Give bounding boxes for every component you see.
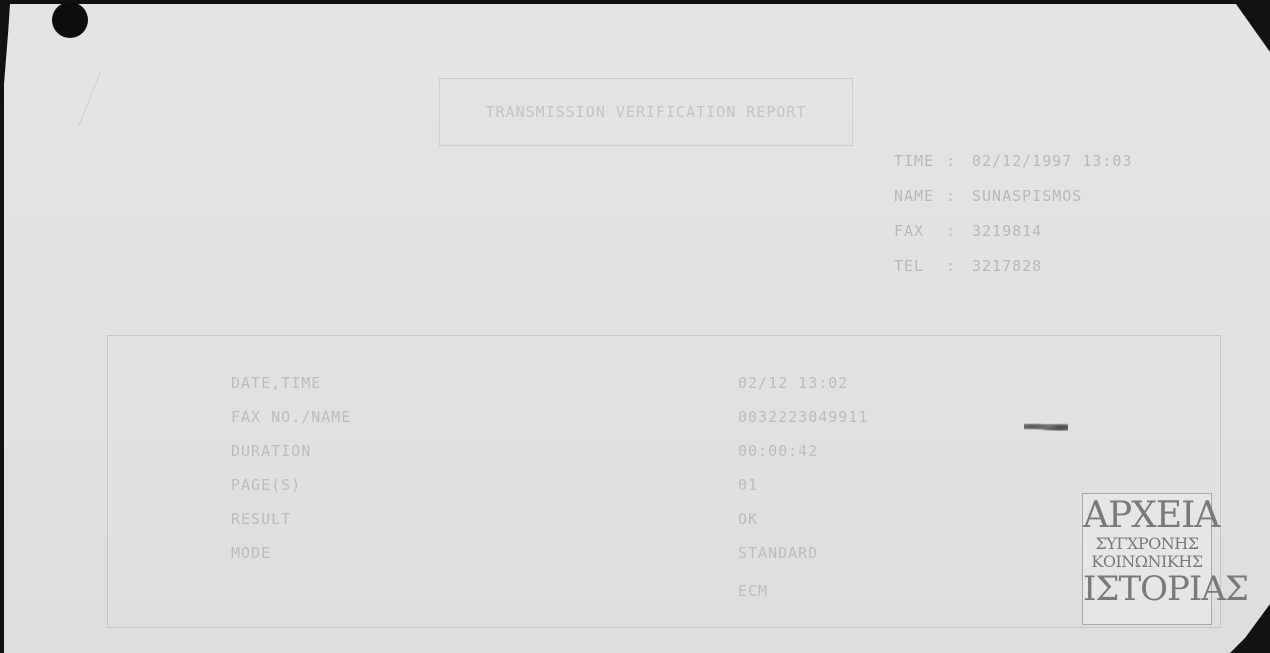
paper-crease [78, 71, 101, 127]
separator: : [946, 152, 972, 187]
fax-report-paper: TRANSMISSION VERIFICATION REPORT TIME : … [4, 4, 1270, 653]
sender-name-value: SUNASPISMOS [972, 187, 1082, 222]
detail-label: DURATION [231, 442, 738, 476]
sender-fax-value: 3219814 [972, 222, 1042, 257]
separator: : [946, 187, 972, 222]
detail-row-fax-no: FAX NO./NAME 0032223049911 [231, 408, 868, 442]
ink-smudge [1024, 422, 1068, 431]
sender-tel-row: TEL : 3217828 [894, 257, 1133, 292]
sender-time-value: 02/12/1997 13:03 [972, 152, 1133, 187]
detail-value: OK [738, 510, 758, 544]
detail-label: RESULT [231, 510, 738, 544]
sender-fax-label: FAX [894, 222, 946, 257]
detail-label: PAGE(S) [231, 476, 738, 510]
detail-row-result: RESULT OK [231, 510, 868, 544]
stamp-line-3: ΚΟΙΝΩΝΙΚΗΣ [1083, 554, 1211, 570]
stamp-line-2: ΣΥΓΧΡΟΝΗΣ [1083, 536, 1211, 552]
detail-value: 00:00:42 [738, 442, 818, 476]
archive-stamp: ΑΡΧΕΙΑ ΣΥΓΧΡΟΝΗΣ ΚΟΙΝΩΝΙΚΗΣ ΙΣΤΟΡΙΑΣ [1082, 493, 1212, 625]
sender-name-row: NAME : SUNASPISMOS [894, 187, 1133, 222]
detail-label: DATE,TIME [231, 374, 738, 408]
report-title-box: TRANSMISSION VERIFICATION REPORT [439, 78, 853, 146]
sender-name-label: NAME [894, 187, 946, 222]
detail-value: STANDARD [738, 544, 818, 578]
sender-tel-label: TEL [894, 257, 946, 292]
detail-value: 0032223049911 [738, 408, 868, 442]
detail-value: 01 [738, 476, 758, 510]
detail-label: MODE [231, 544, 738, 578]
sender-time-row: TIME : 02/12/1997 13:03 [894, 152, 1133, 187]
stamp-line-1: ΑΡΧΕΙΑ [1083, 498, 1211, 534]
sender-tel-value: 3217828 [972, 257, 1042, 292]
sender-time-label: TIME [894, 152, 946, 187]
sender-info: TIME : 02/12/1997 13:03 NAME : SUNASPISM… [894, 152, 1133, 292]
separator: : [946, 257, 972, 292]
detail-row-duration: DURATION 00:00:42 [231, 442, 868, 476]
stamp-line-4: ΙΣΤΟΡΙΑΣ [1083, 572, 1211, 606]
detail-value: 02/12 13:02 [738, 374, 848, 408]
sender-fax-row: FAX : 3219814 [894, 222, 1133, 257]
detail-row-pages: PAGE(S) 01 [231, 476, 868, 510]
punch-hole [52, 2, 88, 38]
report-title: TRANSMISSION VERIFICATION REPORT [486, 103, 807, 121]
detail-row-date-time: DATE,TIME 02/12 13:02 [231, 374, 868, 408]
mode-ecm-value: ECM [738, 582, 768, 600]
separator: : [946, 222, 972, 257]
transmission-details: DATE,TIME 02/12 13:02 FAX NO./NAME 00322… [231, 374, 868, 578]
detail-label: FAX NO./NAME [231, 408, 738, 442]
detail-row-mode: MODE STANDARD [231, 544, 868, 578]
